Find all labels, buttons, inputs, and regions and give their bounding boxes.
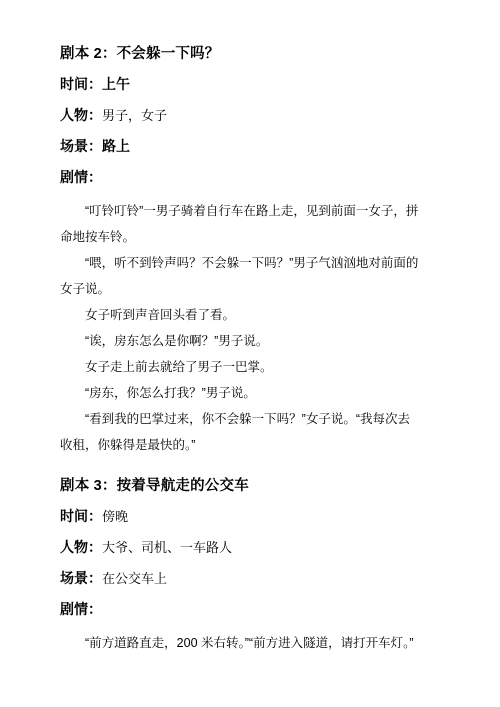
meta-line-plot: 剧情： (60, 599, 442, 620)
meta-value: 大爷、司机、一车路人 (102, 540, 232, 555)
meta-label: 时间： (60, 508, 102, 524)
paragraph: “房东，你怎么打我？”男子说。 (60, 380, 442, 406)
meta-value: 上午 (102, 76, 130, 92)
paragraph: “前方道路直走，200 米右转。”“前方进入隧道，请打开车灯。” (60, 630, 442, 656)
meta-value: 傍晚 (102, 509, 128, 524)
meta-label: 剧情： (60, 169, 102, 185)
script-section-2: 剧本 2：不会躲一下吗？ 时间：上午 人物：男子，女子 场景：路上 剧情： “叮… (60, 44, 442, 458)
paragraph: 女子听到声音回头看了看。 (60, 302, 442, 328)
meta-label: 人物： (60, 107, 102, 123)
meta-line-scene: 场景：路上 (60, 136, 442, 157)
meta-line-time: 时间：傍晚 (60, 506, 442, 527)
meta-value: 男子，女子 (102, 108, 167, 123)
section-body: “叮铃叮铃”一男子骑着自行车在路上走，见到前面一女子，拼 命地按车铃。 “喂，听… (60, 198, 442, 458)
meta-value: 路上 (102, 138, 130, 154)
meta-line-characters: 人物：男子，女子 (60, 105, 442, 126)
meta-line-characters: 人物：大爷、司机、一车路人 (60, 537, 442, 558)
meta-line-time: 时间：上午 (60, 74, 442, 95)
paragraph: “喂，听不到铃声吗？不会躲一下吗？”男子气汹汹地对前面的 女子说。 (60, 250, 442, 302)
script-section-3: 剧本 3：按着导航走的公交车 时间：傍晚 人物：大爷、司机、一车路人 场景：在公… (60, 476, 442, 656)
meta-label: 人物： (60, 539, 102, 555)
paragraph: “看到我的巴掌过来，你不会躲一下吗？”女子说。“我每次去 收租，你躲得是最快的。… (60, 406, 442, 458)
meta-label: 场景： (60, 138, 102, 154)
section-body: “前方道路直走，200 米右转。”“前方进入隧道，请打开车灯。” (60, 630, 442, 656)
section-title: 剧本 2：不会躲一下吗？ (60, 44, 442, 64)
meta-label: 场景： (60, 570, 102, 586)
meta-label: 时间： (60, 76, 102, 92)
meta-line-scene: 场景：在公交车上 (60, 568, 442, 589)
document-page: 剧本 2：不会躲一下吗？ 时间：上午 人物：男子，女子 场景：路上 剧情： “叮… (0, 0, 500, 707)
meta-value: 在公交车上 (102, 571, 167, 586)
section-title: 剧本 3：按着导航走的公交车 (60, 476, 442, 496)
paragraph: “叮铃叮铃”一男子骑着自行车在路上走，见到前面一女子，拼 命地按车铃。 (60, 198, 442, 250)
meta-line-plot: 剧情： (60, 167, 442, 188)
paragraph: 女子走上前去就给了男子一巴掌。 (60, 354, 442, 380)
meta-label: 剧情： (60, 601, 102, 617)
paragraph: “诶，房东怎么是你啊？”男子说。 (60, 328, 442, 354)
